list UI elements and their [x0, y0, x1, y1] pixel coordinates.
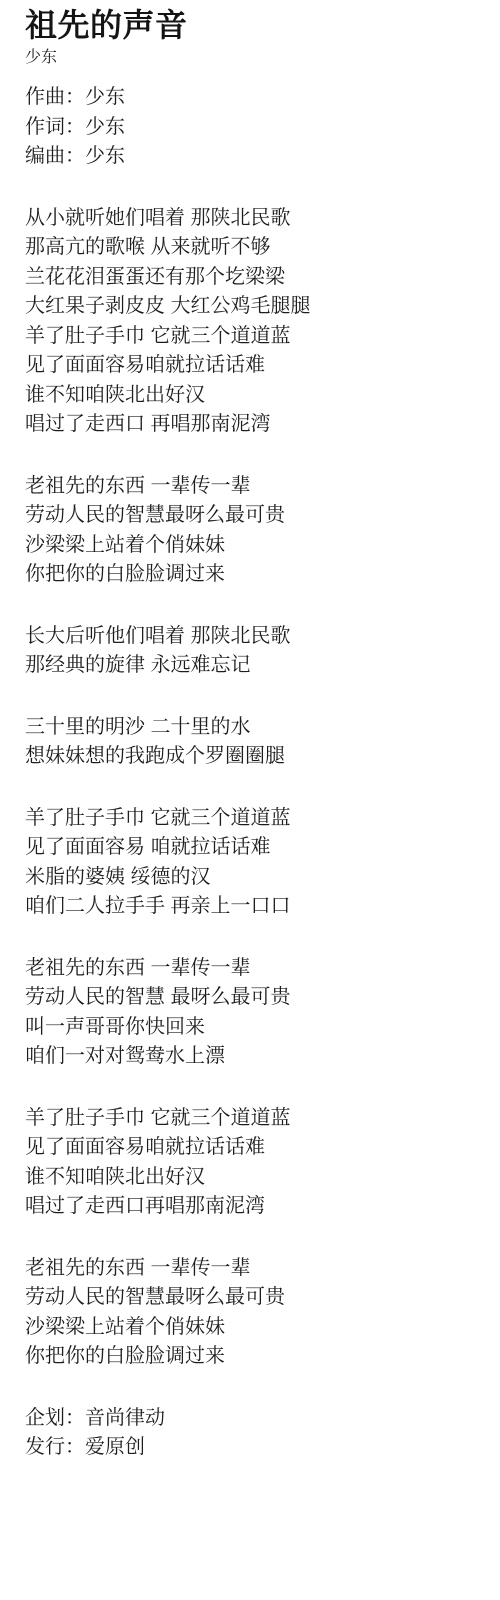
- lyric-line: 见了面面容易 咱就拉话话难: [25, 833, 484, 863]
- lyric-line: 那经典的旋律 永远难忘记: [25, 651, 484, 681]
- stanza-6: 老祖先的东西 一辈传一辈 劳动人民的智慧 最呀么最可贵 叫一声哥哥你快回来 咱们…: [25, 954, 484, 1072]
- credit-lyricist: 作词：少东: [25, 113, 484, 143]
- lyric-line: 唱过了走西口再唱那南泥湾: [25, 1192, 484, 1222]
- lyric-line: 三十里的明沙 二十里的水: [25, 713, 484, 743]
- lyric-line: 谁不知咱陕北出好汉: [25, 1163, 484, 1193]
- credit-arranger: 编曲：少东: [25, 142, 484, 172]
- lyrics-page: 祖先的声音 少东 作曲：少东 作词：少东 编曲：少东 从小就听她们唱着 那陕北民…: [0, 0, 500, 1463]
- lyric-line: 谁不知咱陕北出好汉: [25, 381, 484, 411]
- lyric-line: 大红果子剥皮皮 大红公鸡毛腿腿: [25, 292, 484, 322]
- footer-planning: 企划：音尚律动: [25, 1404, 484, 1434]
- lyric-line: 你把你的白脸脸调过来: [25, 560, 484, 590]
- lyric-line: 长大后听他们唱着 那陕北民歌: [25, 622, 484, 652]
- lyric-line: 从小就听她们唱着 那陕北民歌: [25, 204, 484, 234]
- lyric-line: 见了面面容易咱就拉话话难: [25, 351, 484, 381]
- stanza-8: 老祖先的东西 一辈传一辈 劳动人民的智慧最呀么最可贵 沙梁梁上站着个俏妹妹 你把…: [25, 1254, 484, 1372]
- stanza-3: 长大后听他们唱着 那陕北民歌 那经典的旋律 永远难忘记: [25, 622, 484, 681]
- lyric-line: 沙梁梁上站着个俏妹妹: [25, 1313, 484, 1343]
- lyric-line: 咱们二人拉手手 再亲上一口口: [25, 892, 484, 922]
- lyric-line: 羊了肚子手巾 它就三个道道蓝: [25, 322, 484, 352]
- lyric-line: 叫一声哥哥你快回来: [25, 1013, 484, 1043]
- artist-name: 少东: [25, 48, 484, 68]
- lyric-line: 劳动人民的智慧最呀么最可贵: [25, 1283, 484, 1313]
- lyric-line: 劳动人民的智慧 最呀么最可贵: [25, 983, 484, 1013]
- lyric-line: 沙梁梁上站着个俏妹妹: [25, 531, 484, 561]
- footer-distribution: 发行：爱原创: [25, 1433, 484, 1463]
- stanza-2: 老祖先的东西 一辈传一辈 劳动人民的智慧最呀么最可贵 沙梁梁上站着个俏妹妹 你把…: [25, 472, 484, 590]
- lyric-line: 你把你的白脸脸调过来: [25, 1342, 484, 1372]
- lyric-line: 老祖先的东西 一辈传一辈: [25, 472, 484, 502]
- lyric-line: 那高亢的歌喉 从来就听不够: [25, 233, 484, 263]
- lyric-line: 羊了肚子手巾 它就三个道道蓝: [25, 1104, 484, 1134]
- lyric-line: 想妹妹想的我跑成个罗圈圈腿: [25, 742, 484, 772]
- song-title: 祖先的声音: [25, 6, 484, 44]
- lyric-line: 老祖先的东西 一辈传一辈: [25, 1254, 484, 1284]
- credits-block: 作曲：少东 作词：少东 编曲：少东: [25, 83, 484, 172]
- lyric-line: 咱们一对对鸳鸯水上漂: [25, 1042, 484, 1072]
- stanza-7: 羊了肚子手巾 它就三个道道蓝 见了面面容易咱就拉话话难 谁不知咱陕北出好汉 唱过…: [25, 1104, 484, 1222]
- lyric-line: 见了面面容易咱就拉话话难: [25, 1133, 484, 1163]
- stanza-5: 羊了肚子手巾 它就三个道道蓝 见了面面容易 咱就拉话话难 米脂的婆姨 绥德的汉 …: [25, 804, 484, 922]
- lyric-line: 羊了肚子手巾 它就三个道道蓝: [25, 804, 484, 834]
- publishing-block: 企划：音尚律动 发行：爱原创: [25, 1404, 484, 1463]
- lyric-line: 唱过了走西口 再唱那南泥湾: [25, 410, 484, 440]
- credit-composer: 作曲：少东: [25, 83, 484, 113]
- lyric-line: 米脂的婆姨 绥德的汉: [25, 863, 484, 893]
- stanza-1: 从小就听她们唱着 那陕北民歌 那高亢的歌喉 从来就听不够 兰花花泪蛋蛋还有那个圪…: [25, 204, 484, 440]
- lyric-line: 老祖先的东西 一辈传一辈: [25, 954, 484, 984]
- lyric-line: 兰花花泪蛋蛋还有那个圪梁梁: [25, 263, 484, 293]
- lyric-line: 劳动人民的智慧最呀么最可贵: [25, 501, 484, 531]
- stanza-4: 三十里的明沙 二十里的水 想妹妹想的我跑成个罗圈圈腿: [25, 713, 484, 772]
